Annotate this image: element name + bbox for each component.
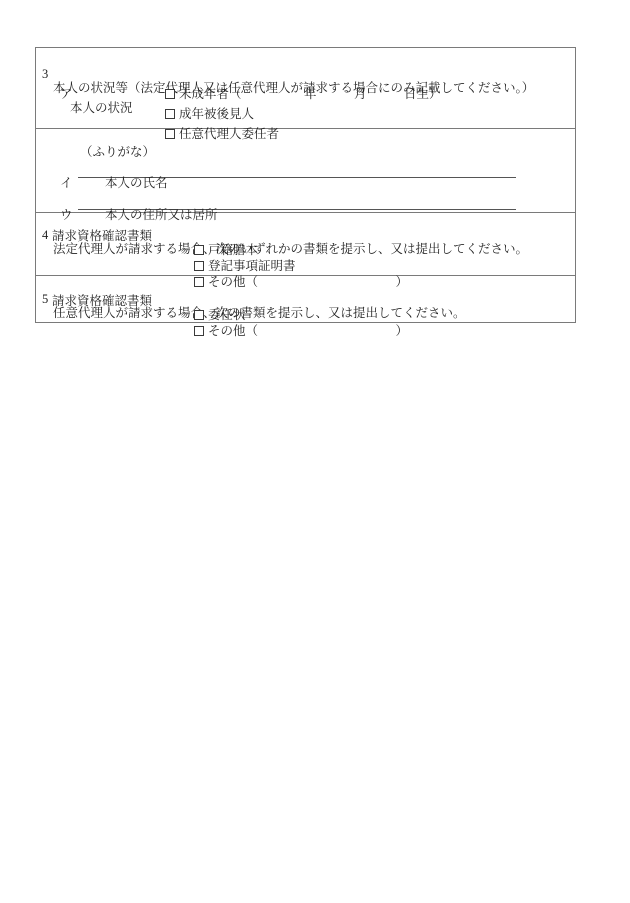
item-i-prefix: イ — [60, 176, 73, 190]
section5-other-checkbox[interactable] — [194, 326, 204, 336]
section5-other-checkbox-label: その他（ ） — [208, 324, 408, 338]
checkbox-row-section5-other: その他（ ） — [169, 310, 408, 324]
document-page: 3 本人の状況等（法定代理人又は任意代理人が請求する場合にのみ記載してください。… — [0, 0, 630, 903]
checkbox-row-power-of-attorney: 委任状 — [169, 294, 246, 308]
section-4-docs-label: 請求資格確認書類 — [52, 229, 152, 243]
section-3-identity-row: （ふりがな） イ 本人の氏名 ウ 本人の住所又は居所 — [36, 129, 575, 213]
section-4-number: 4 — [42, 228, 48, 242]
section-3-status-row: 3 本人の状況等（法定代理人又は任意代理人が請求する場合にのみ記載してください。… — [36, 48, 575, 129]
item-a-prefix: ア — [60, 87, 73, 101]
checkbox-row-section4-other: その他（ ） — [169, 261, 408, 275]
section-5-heading: 5 任意代理人が請求する場合、次の書類を提示し、又は提出してください。 — [36, 278, 575, 292]
checkbox-row-minor: 未成年者（ 年 月 日生） — [140, 73, 442, 87]
section-4-heading: 4 法定代理人が請求する場合、次のいずれかの書類を提示し、又は提出してください。 — [36, 214, 575, 228]
principal-name-label: 本人の氏名 — [105, 176, 168, 190]
checkbox-row-family-register: 戸籍謄本 — [169, 229, 258, 243]
section-5-voluntary-rep-row: 5 任意代理人が請求する場合、次の書類を提示し、又は提出してください。 請求資格… — [36, 276, 575, 321]
checkbox-row-voluntary-delegator: 任意代理人委任者 — [140, 113, 279, 127]
section-4-legal-rep-row: 4 法定代理人が請求する場合、次のいずれかの書類を提示し、又は提出してください。… — [36, 213, 575, 276]
checkbox-row-adult-ward: 成年被後見人 — [140, 93, 254, 107]
section-5-docs-label: 請求資格確認書類 — [52, 294, 152, 308]
principal-name-field[interactable]: 本人の氏名 — [78, 162, 516, 178]
item-a-label: 本人の状況 — [70, 101, 133, 115]
checkbox-row-registration-certificate: 登記事項証明書 — [169, 245, 296, 259]
principal-address-field[interactable]: 本人の住所又は居所 — [78, 194, 516, 210]
section-3-heading: 3 本人の状況等（法定代理人又は任意代理人が請求する場合にのみ記載してください。… — [36, 53, 575, 67]
furigana-label: （ふりがな） — [80, 145, 155, 159]
request-form-table: 3 本人の状況等（法定代理人又は任意代理人が請求する場合にのみ記載してください。… — [35, 47, 576, 323]
section-5-number: 5 — [42, 292, 48, 306]
